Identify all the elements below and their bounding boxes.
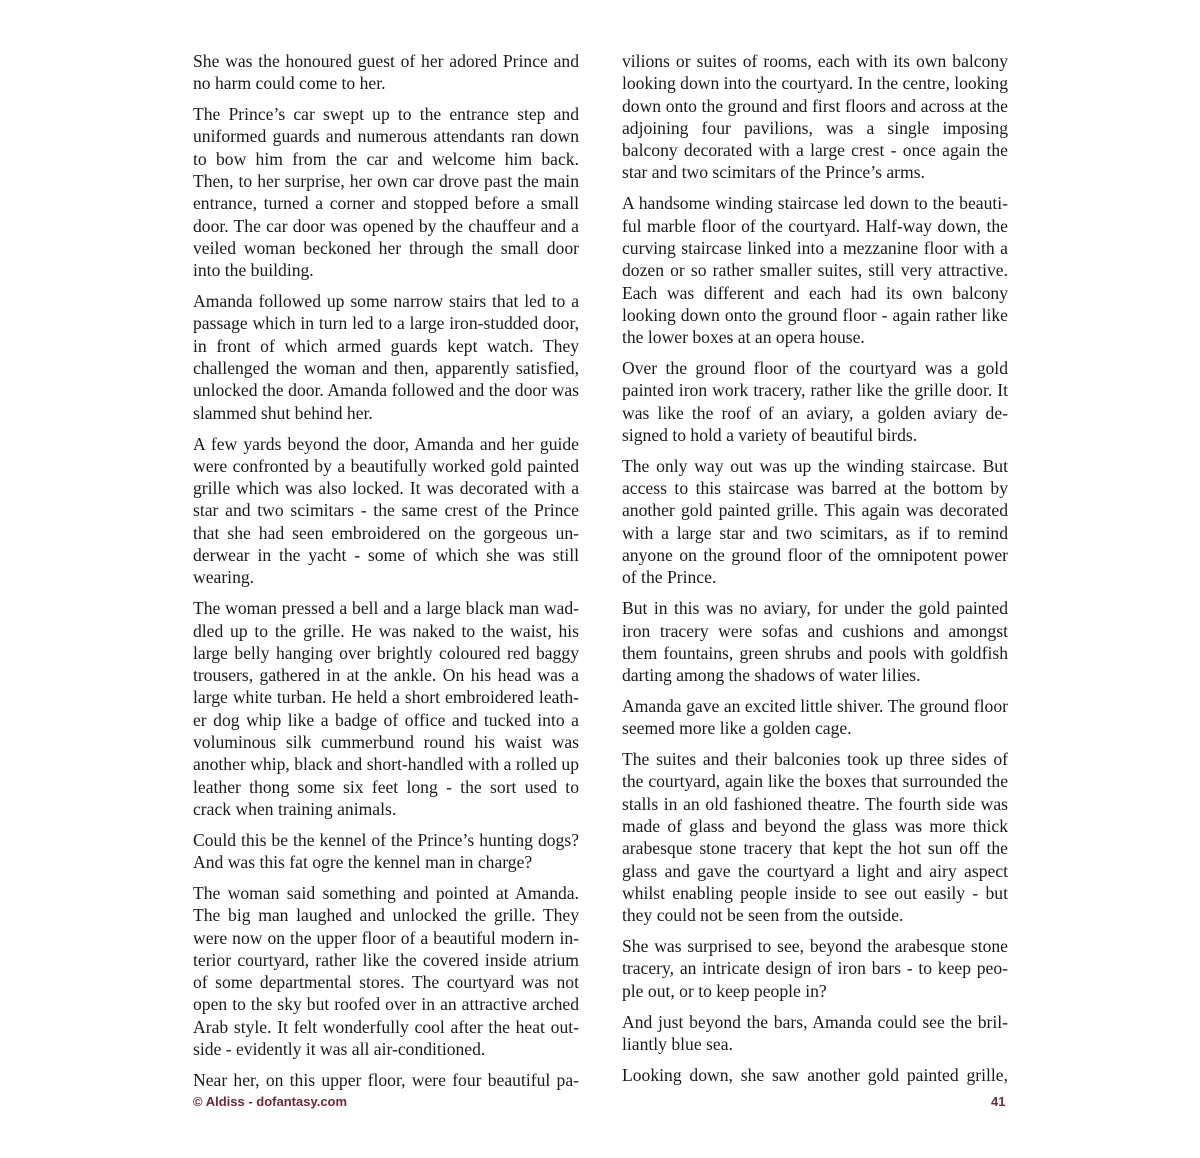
paragraph: Near her, on this upper floor, were four… (193, 1069, 579, 1091)
paragraph: The suites and their balconies took up t… (622, 748, 1008, 926)
paragraph: A handsome winding staircase led down to… (622, 192, 1008, 348)
paragraph: vilions or suites of rooms, each with it… (622, 50, 1008, 184)
paragraph: She was surprised to see, beyond the ara… (622, 935, 1008, 1002)
paragraph: Over the ground floor of the courtyard w… (622, 357, 1008, 446)
paragraph: The only way out was up the winding stai… (622, 455, 1008, 589)
paragraph: Looking down, she saw another gold paint… (622, 1064, 1008, 1086)
paragraph: Amanda gave an excited little shiver. Th… (622, 695, 1008, 740)
paragraph: And just beyond the bars, Amanda could s… (622, 1011, 1008, 1056)
paragraph: The Prince’s car swept up to the entranc… (193, 103, 579, 281)
paragraph: A few yards beyond the door, Amanda and … (193, 433, 579, 589)
document-page: She was the honoured guest of her adored… (0, 0, 1200, 1158)
paragraph: Amanda followed up some narrow stairs th… (193, 290, 579, 424)
right-text-column: vilions or suites of rooms, each with it… (622, 50, 1008, 1095)
footer-copyright: © Aldiss - dofantasy.com (193, 1094, 347, 1109)
paragraph: The woman pressed a bell and a large bla… (193, 597, 579, 820)
page-number: 41 (991, 1094, 1005, 1109)
paragraph: She was the honoured guest of her adored… (193, 50, 579, 95)
paragraph: But in this was no aviary, for under the… (622, 597, 1008, 686)
paragraph: Could this be the kennel of the Prince’s… (193, 829, 579, 874)
left-text-column: She was the honoured guest of her adored… (193, 50, 579, 1100)
paragraph: The woman said something and pointed at … (193, 882, 579, 1060)
